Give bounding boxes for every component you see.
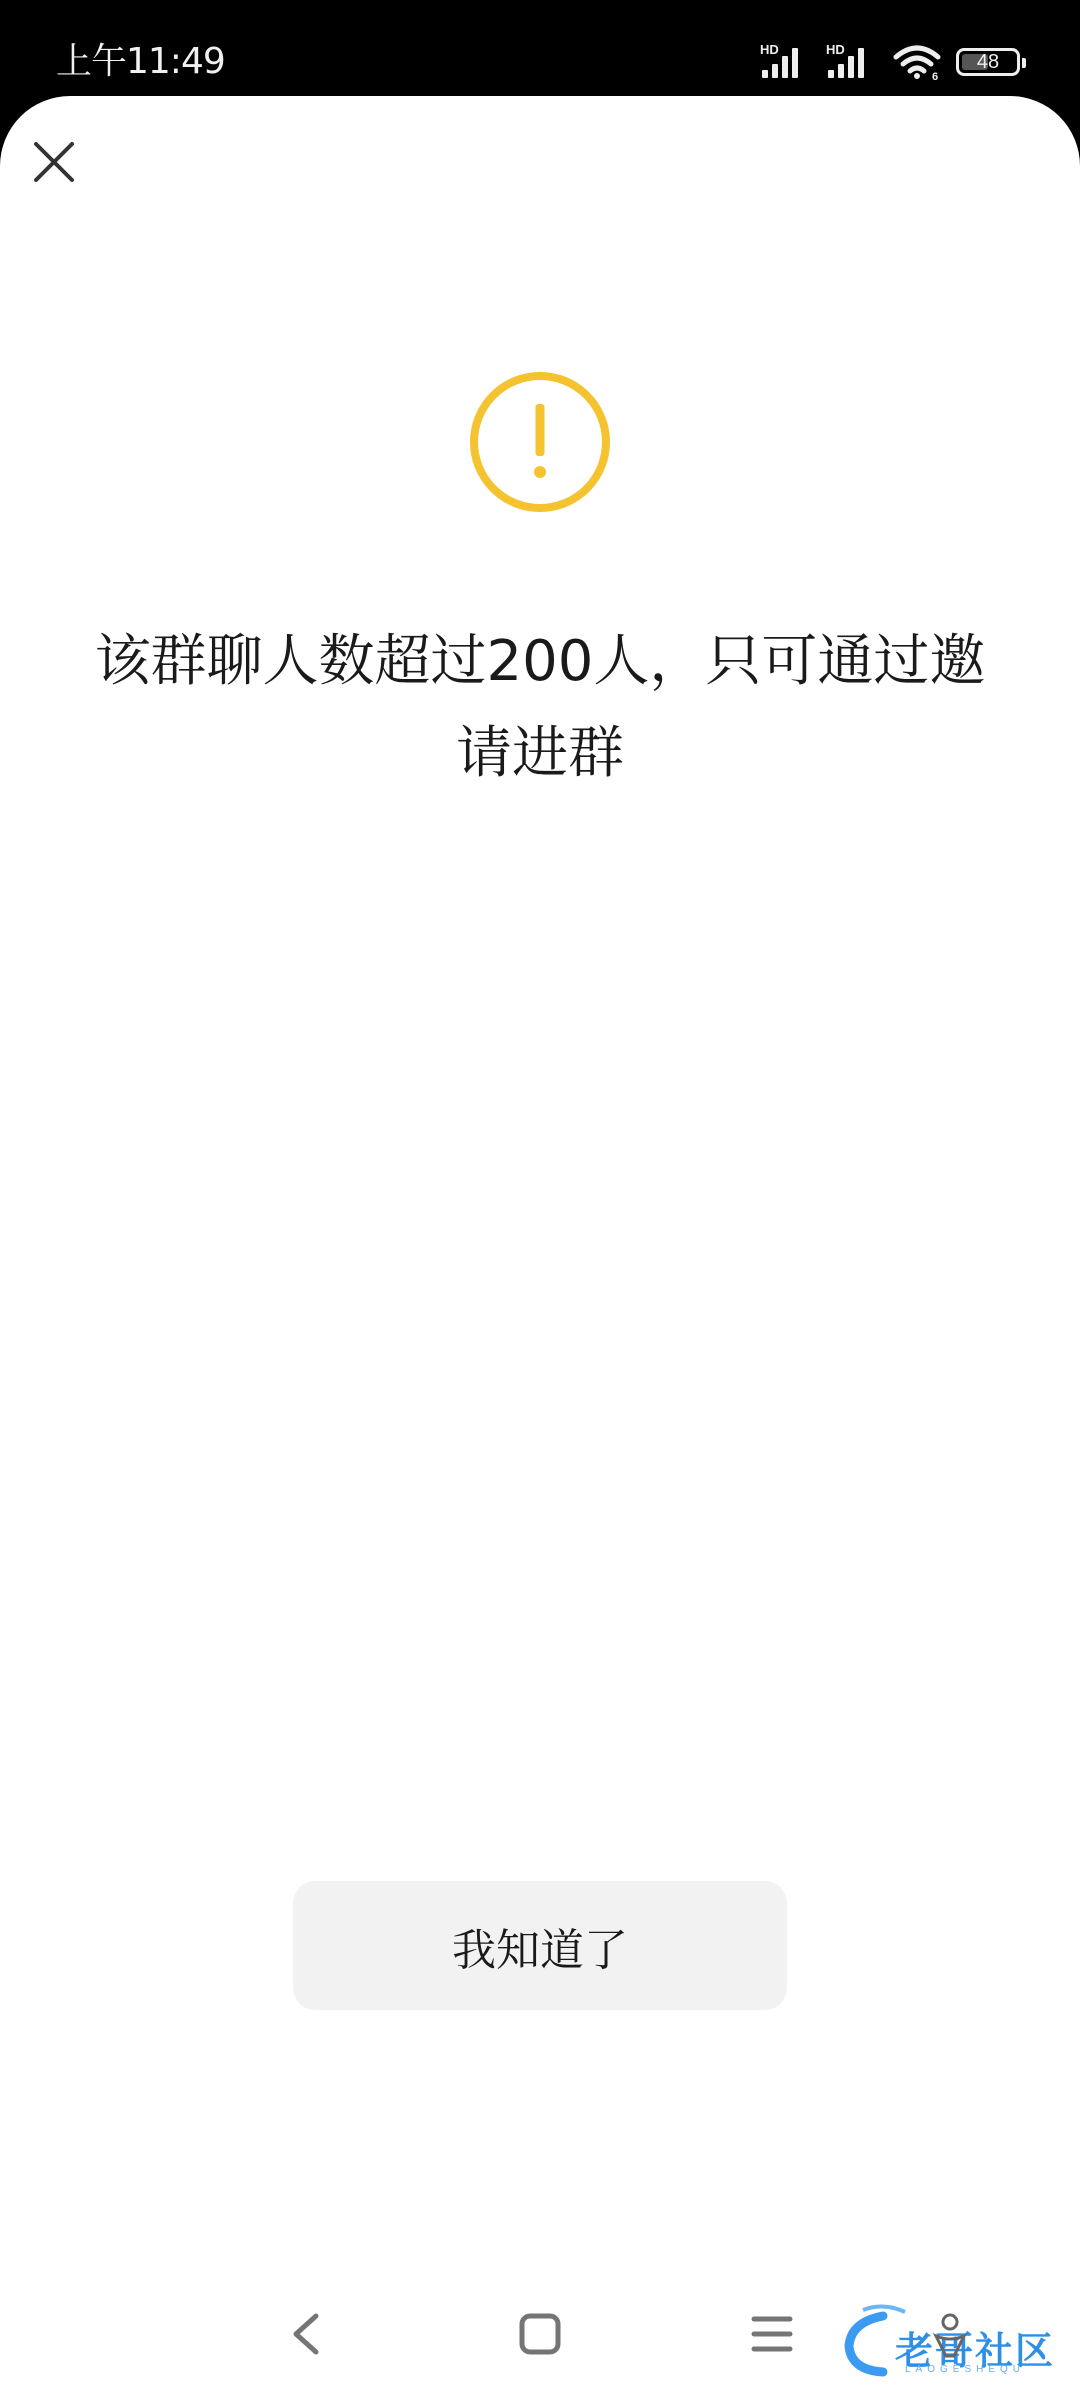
menu-icon[interactable] <box>750 2314 794 2354</box>
dialog-message: 该群聊人数超过200人，只可通过邀请进群 <box>80 616 1000 800</box>
warning-icon <box>468 370 612 514</box>
confirm-button[interactable]: 我知道了 <box>293 1881 787 2010</box>
status-bar: 上午11:49 HD HD 6 48 <box>0 0 1080 96</box>
status-time: 上午11:49 <box>56 38 225 86</box>
wifi-icon: 6 <box>892 43 942 81</box>
battery-level: 48 <box>977 51 999 74</box>
signal-icon: HD <box>760 44 812 80</box>
svg-text:6: 6 <box>932 71 938 81</box>
navigation-bar <box>0 2290 1080 2400</box>
signal-icon: HD <box>826 44 878 80</box>
accessibility-person-icon <box>930 2312 970 2360</box>
home-icon[interactable] <box>518 2312 562 2356</box>
status-icons: HD HD 6 48 <box>760 42 1020 82</box>
dialog-sheet: 该群聊人数超过200人，只可通过邀请进群 我知道了 老哥社区 LAOGESHEQ… <box>0 96 1080 2400</box>
signal-hd-label: HD <box>760 42 779 57</box>
close-icon <box>26 134 82 190</box>
close-button[interactable] <box>26 134 82 190</box>
back-icon[interactable] <box>288 2312 324 2356</box>
battery-icon: 48 <box>956 48 1020 76</box>
signal-hd-label: HD <box>826 42 845 57</box>
